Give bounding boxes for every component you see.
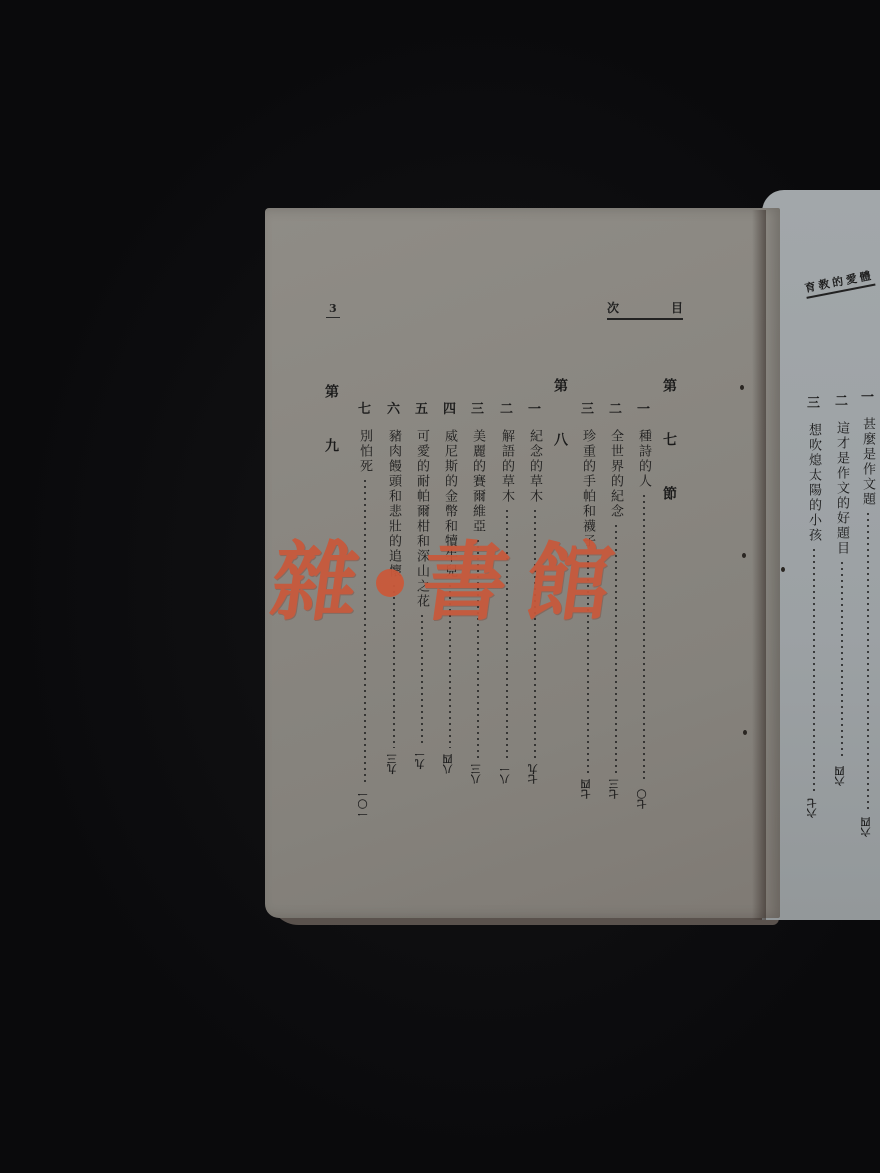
entry-title: 種詩的人 [637,429,650,489]
entry-title: 解語的草木 [500,429,513,504]
toc-entry: 七 別怕死 一〇一 [357,398,372,819]
toc-entry: 六 豬肉饅頭和悲壯的追懷 九三 [386,398,401,774]
leader-dots [867,511,869,811]
chapter-heading-9: 第 九 [324,384,338,464]
toc-entry: 三 珍重的手帕和襪子 七四 [580,398,595,799]
leader-dots [615,523,617,773]
entry-page: 八四 [442,754,457,774]
chapter-label: 第 七 節 [662,378,676,512]
entry-title: 甚麼是作文題 [861,417,874,507]
entry-page: 七九 [527,764,542,784]
entry-page: 八三 [470,764,485,784]
leader-dots [449,583,451,748]
entry-title: 美麗的賽爾維亞 [471,429,484,534]
entry-title: 珍重的手帕和襪子 [581,429,594,549]
entry-page: 九三 [386,754,401,774]
toc-entry: 四 威尼斯的金幣和犢牛兒 八四 [442,398,457,774]
entry-title: 豬肉饅頭和悲壯的追懷 [387,429,400,579]
entry-page: 九一 [414,749,429,769]
leader-dots [643,493,645,783]
entry-title: 這才是作文的好題目 [835,421,848,556]
binding-hole [740,385,744,390]
entry-number: 二 [835,390,848,409]
toc-entry: 一 種詩的人 七〇 [636,398,651,809]
left-page [265,208,780,918]
right-entry-3: 三 想吹熄太陽的小孩 六七 [806,392,821,818]
entry-page: 六四 [860,817,875,837]
leader-dots [477,538,479,758]
leader-dots [587,553,589,773]
entry-title: 紀念的草木 [528,429,541,504]
running-header-contents: 次 目 [607,299,683,320]
entry-title: 想吹熄太陽的小孩 [807,423,820,543]
leader-dots [813,547,815,792]
leader-dots [364,478,366,783]
binding-hole [781,567,785,572]
entry-title: 可愛的耐帕爾柑和深山之花 [415,429,428,609]
entry-page: 七四 [580,779,595,799]
entry-page: 七〇 [636,789,651,809]
header-char: 目 [671,299,683,316]
entry-number: 三 [471,398,484,417]
entry-number: 六 [387,398,400,417]
leader-dots [393,583,395,748]
chapter-heading-8: 第 八 [553,378,567,458]
entry-number: 一 [528,398,541,417]
gutter-shadow [752,210,766,920]
leader-dots [841,560,843,760]
header-char: 次 [607,299,619,316]
chapter-label: 第 九 [324,384,338,464]
entry-number: 七 [358,398,371,417]
toc-entry: 三 美麗的賽爾維亞 八三 [470,398,485,784]
chapter-label: 第 八 [553,378,567,458]
entry-number: 三 [581,398,594,417]
entry-number: 三 [807,392,820,411]
entry-page: 七三 [608,779,623,799]
leader-dots [506,508,508,758]
leader-dots [534,508,536,758]
binding-hole [743,730,747,735]
page-number: 3 [326,302,340,318]
entry-title: 別怕死 [358,429,371,474]
entry-page: 一〇一 [357,789,372,819]
right-entry-2: 二 這才是作文的好題目 六四 [834,390,849,786]
entry-number: 一 [861,386,874,405]
toc-entry: 一 紀念的草木 七九 [527,398,542,784]
leader-dots [421,613,423,743]
chapter-heading-7: 第 七 節 [662,378,676,512]
toc-entry: 五 可愛的耐帕爾柑和深山之花 九一 [414,398,429,769]
toc-entry: 二 解語的草木 八一 [499,398,514,784]
right-entry-1: 一 甚麼是作文題 六四 [860,386,875,837]
entry-number: 二 [609,398,622,417]
entry-number: 四 [443,398,456,417]
entry-page: 六七 [806,798,821,818]
entry-number: 五 [415,398,428,417]
entry-title: 威尼斯的金幣和犢牛兒 [443,429,456,579]
toc-entry: 二 全世界的紀念 七三 [608,398,623,799]
entry-page: 六四 [834,766,849,786]
entry-title: 全世界的紀念 [609,429,622,519]
binding-hole [742,553,746,558]
entry-number: 二 [500,398,513,417]
entry-page: 八一 [499,764,514,784]
entry-number: 一 [637,398,650,417]
